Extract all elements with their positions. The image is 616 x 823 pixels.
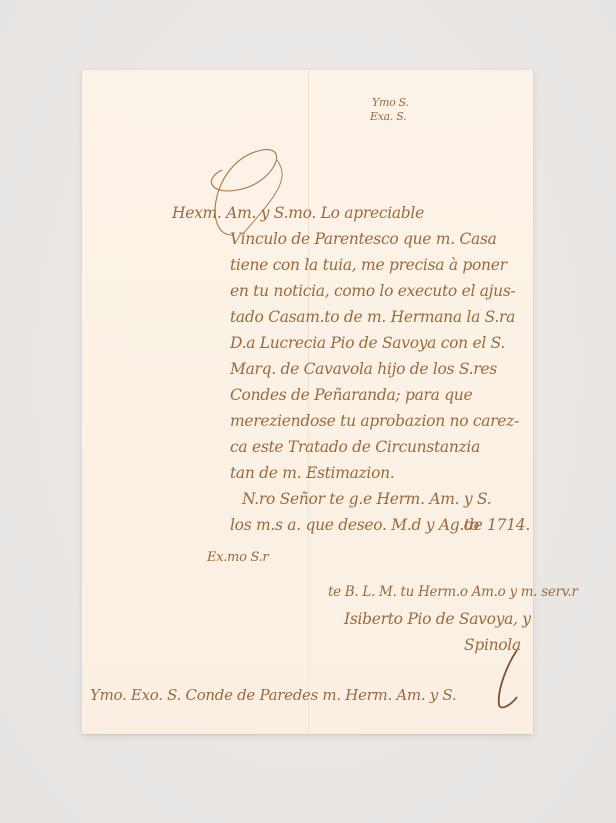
signature-line-2: Isiberto Pio de Savoya, y: [344, 610, 531, 628]
body-line-3: tiene con la tuia, me precisa à poner: [230, 256, 507, 274]
body-line-10: ca este Tratado de Circunstanzia: [230, 438, 480, 456]
body-line-9: mereziendose tu aprobazion no carez-: [230, 412, 519, 430]
closing-date: de 1714.: [464, 516, 530, 534]
body-line-5: tado Casam.to de m. Hermana la S.ra: [230, 308, 515, 326]
letter-paper: Ymo S. Exa. S. Hexm. Am. y S.mo. Lo apre…: [82, 70, 533, 734]
closing-line-2: los m.s a. que deseo. M.d y Ag.to: [230, 516, 479, 534]
signature-rubric: [477, 645, 537, 715]
body-line-1: Hexm. Am. y S.mo. Lo apreciable: [172, 204, 424, 222]
left-note: Ex.mo S.r: [207, 550, 268, 565]
body-line-6: D.a Lucrecia Pio de Savoya con el S.: [230, 334, 505, 352]
closing-line-1: N.ro Señor te g.e Herm. Am. y S.: [242, 490, 491, 508]
body-line-2: Vinculo de Parentesco que m. Casa: [230, 230, 497, 248]
signature-line-3: Spinola: [464, 636, 521, 654]
signature-line-1: te B. L. M. tu Herm.o Am.o y m. serv.r: [328, 584, 578, 600]
body-line-4: en tu noticia, como lo executo el ajus-: [230, 282, 515, 300]
header-mark-line2: Exa. S.: [370, 110, 406, 123]
body-line-7: Marq. de Cavavola hijo de los S.res: [230, 360, 497, 378]
body-line-11: tan de m. Estimazion.: [230, 464, 394, 482]
header-mark-line1: Ymo S.: [372, 96, 409, 109]
address-line: Ymo. Exo. S. Conde de Paredes m. Herm. A…: [90, 686, 456, 704]
photo-background: Ymo S. Exa. S. Hexm. Am. y S.mo. Lo apre…: [0, 0, 616, 823]
body-line-8: Condes de Peñaranda; para que: [230, 386, 472, 404]
